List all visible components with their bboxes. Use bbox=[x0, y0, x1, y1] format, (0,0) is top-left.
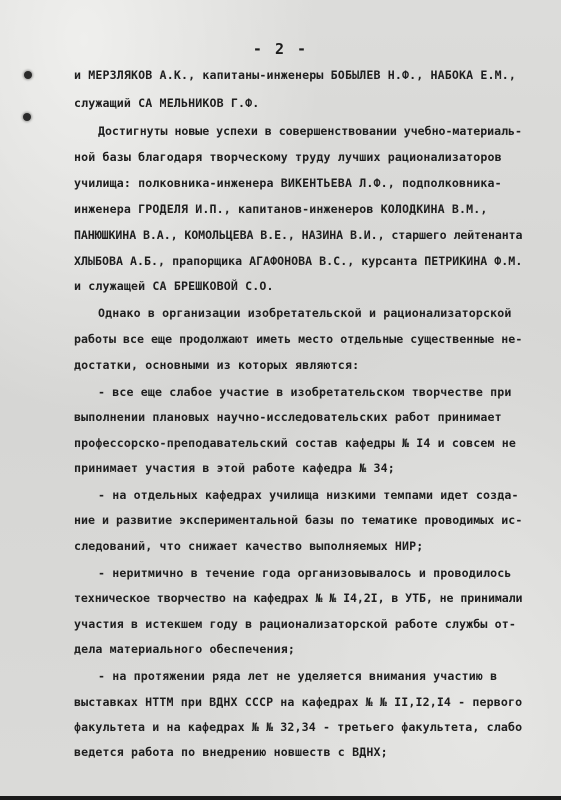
paragraph-start: Достигнуты новые успехи в совершенствова… bbox=[98, 124, 522, 138]
scan-edge bbox=[0, 796, 561, 800]
text-line: училища: полковника-инженера ВИКЕНТЬЕВА … bbox=[74, 176, 502, 190]
text-line: ХЛЫБОВА А.Б., прапорщика АГАФОНОВА В.С.,… bbox=[74, 254, 522, 268]
text-line: достатки, основными из которых являются: bbox=[74, 358, 359, 372]
text-line: ние и развитие экспериментальной базы по… bbox=[74, 513, 522, 527]
text-line: следований, что снижает качество выполня… bbox=[74, 539, 423, 553]
text-line: факультета и на кафедрах № № 32,34 - тре… bbox=[74, 720, 522, 734]
text-line: выполнении плановых научно-исследователь… bbox=[74, 410, 502, 424]
text-line: выставках НТТМ при ВДНХ СССР на кафедрах… bbox=[74, 695, 522, 709]
text-line: ведется работа по внедрению новшеств с В… bbox=[74, 745, 388, 759]
text-line: участия в истекшем году в рационализатор… bbox=[74, 617, 516, 631]
list-item-start: - неритмично в течение года организовыва… bbox=[98, 566, 512, 580]
text-line: профессорско-преподавательский состав ка… bbox=[74, 436, 516, 450]
text-line: дела материального обеспечения; bbox=[74, 642, 295, 656]
paragraph-start: Однако в организации изобретательской и … bbox=[98, 306, 512, 320]
text-line: и служащей СА БРЕШКОВОЙ С.О. bbox=[74, 279, 274, 293]
text-line: служащий СА МЕЛЬНИКОВ Г.Ф. bbox=[74, 96, 259, 110]
text-line: и МЕРЗЛЯКОВ А.К., капитаны-инженеры БОБЫ… bbox=[74, 68, 516, 82]
list-item-start: - на протяжении ряда лет не уделяется вн… bbox=[98, 669, 497, 683]
text-line: принимает участия в этой работе кафедра … bbox=[74, 461, 395, 475]
text-line: инженера ГРОДЕЛЯ И.П., капитанов-инженер… bbox=[74, 202, 488, 216]
list-item-start: - на отдельных кафедрах училища низкими … bbox=[98, 488, 519, 502]
text-line: техническое творчество на кафедрах № № I… bbox=[74, 591, 522, 605]
page-number: - 2 - bbox=[0, 40, 561, 58]
list-item-start: - все еще слабое участие в изобретательс… bbox=[98, 385, 512, 399]
punch-hole bbox=[23, 113, 31, 121]
text-line: ПАНЮШКИНА В.А., КОМОЛЬЦЕВА В.Е., НАЗИНА … bbox=[74, 228, 522, 242]
text-line: ной базы благодаря творческому труду луч… bbox=[74, 150, 502, 164]
scanned-page: - 2 - и МЕРЗЛЯКОВ А.К., капитаны-инженер… bbox=[0, 0, 561, 800]
punch-hole bbox=[24, 71, 32, 79]
text-line: работы все еще продолжают иметь место от… bbox=[74, 332, 522, 346]
